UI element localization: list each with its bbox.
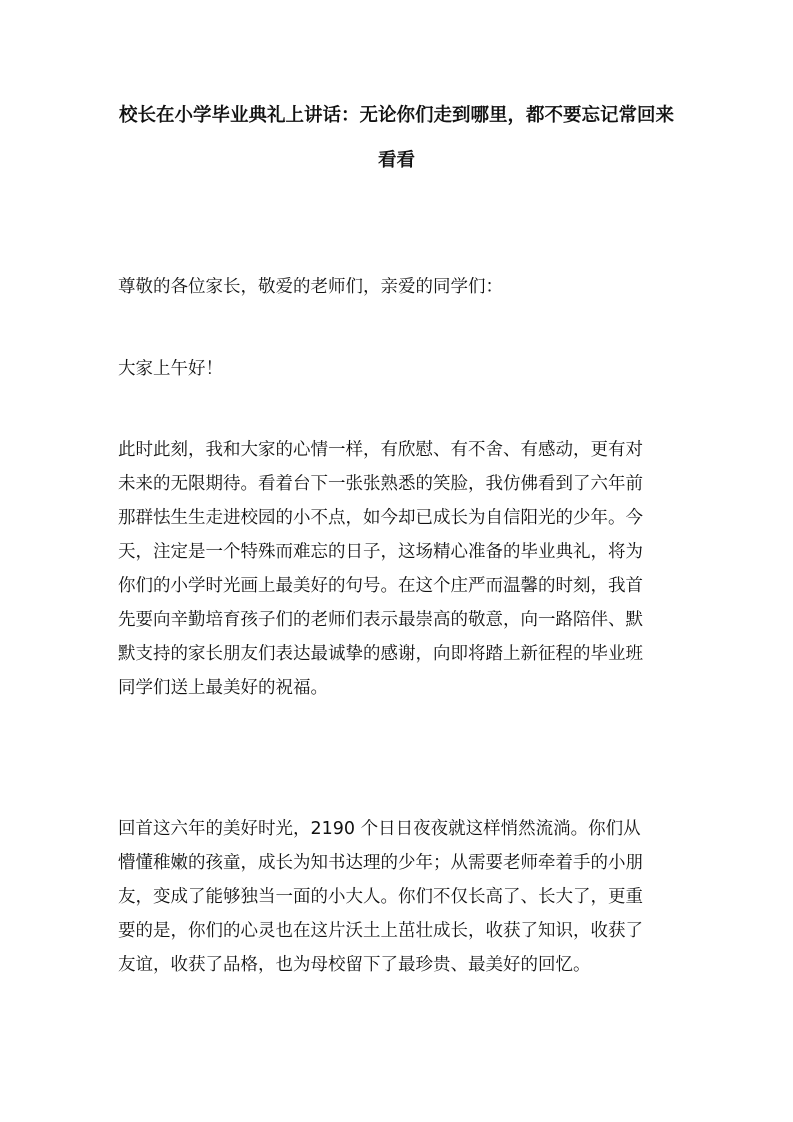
- paragraph-line: 默支持的家长朋友们表达最诚挚的感谢，向即将踏上新征程的毕业班: [118, 637, 688, 671]
- paragraph-line: 友，变成了能够独当一面的小大人。你们不仅长高了、长大了，更重: [118, 880, 688, 914]
- paragraph-line: 你们的小学时光画上最美好的句号。在这个庄严而温馨的时刻，我首: [118, 569, 688, 603]
- paragraph-1: 此时此刻，我和大家的心情一样，有欣慰、有不舍、有感动，更有对 未来的无限期待。看…: [118, 433, 688, 705]
- greeting: 大家上午好！: [118, 352, 688, 386]
- paragraph-line: 那群怯生生走进校园的小不点，如今却已成长为自信阳光的少年。今: [118, 501, 688, 535]
- paragraph-line: 懵懂稚嫩的孩童，成长为知书达理的少年；从需要老师牵着手的小朋: [118, 846, 688, 880]
- paragraph-line: 此时此刻，我和大家的心情一样，有欣慰、有不舍、有感动，更有对: [118, 433, 688, 467]
- paragraph-line: 要的是，你们的心灵也在这片沃土上茁壮成长，收获了知识，收获了: [118, 914, 688, 948]
- salutation: 尊敬的各位家长，敬爱的老师们，亲爱的同学们：: [118, 270, 688, 304]
- paragraph-line: 同学们送上最美好的祝福。: [118, 671, 688, 705]
- paragraph-line: 回首这六年的美好时光，2190 个日日夜夜就这样悄然流淌。你们从: [118, 812, 688, 846]
- title-line-2: 看看: [100, 138, 693, 183]
- salutation-text: 尊敬的各位家长，敬爱的老师们，亲爱的同学们：: [118, 270, 688, 304]
- document-title: 校长在小学毕业典礼上讲话：无论你们走到哪里，都不要忘记常回来 看看: [100, 93, 693, 183]
- title-line-1: 校长在小学毕业典礼上讲话：无论你们走到哪里，都不要忘记常回来: [100, 93, 693, 138]
- paragraph-line: 未来的无限期待。看着台下一张张熟悉的笑脸，我仿佛看到了六年前: [118, 467, 688, 501]
- paragraph-line: 先要向辛勤培育孩子们的老师们表示最崇高的敬意，向一路陪伴、默: [118, 603, 688, 637]
- paragraph-line: 天，注定是一个特殊而难忘的日子，这场精心准备的毕业典礼，将为: [118, 535, 688, 569]
- paragraph-line: 友谊，收获了品格，也为母校留下了最珍贵、最美好的回忆。: [118, 948, 688, 982]
- greeting-text: 大家上午好！: [118, 352, 688, 386]
- document-page: 校长在小学毕业典礼上讲话：无论你们走到哪里，都不要忘记常回来 看看 尊敬的各位家…: [0, 0, 793, 1122]
- paragraph-2: 回首这六年的美好时光，2190 个日日夜夜就这样悄然流淌。你们从 懵懂稚嫩的孩童…: [118, 812, 688, 982]
